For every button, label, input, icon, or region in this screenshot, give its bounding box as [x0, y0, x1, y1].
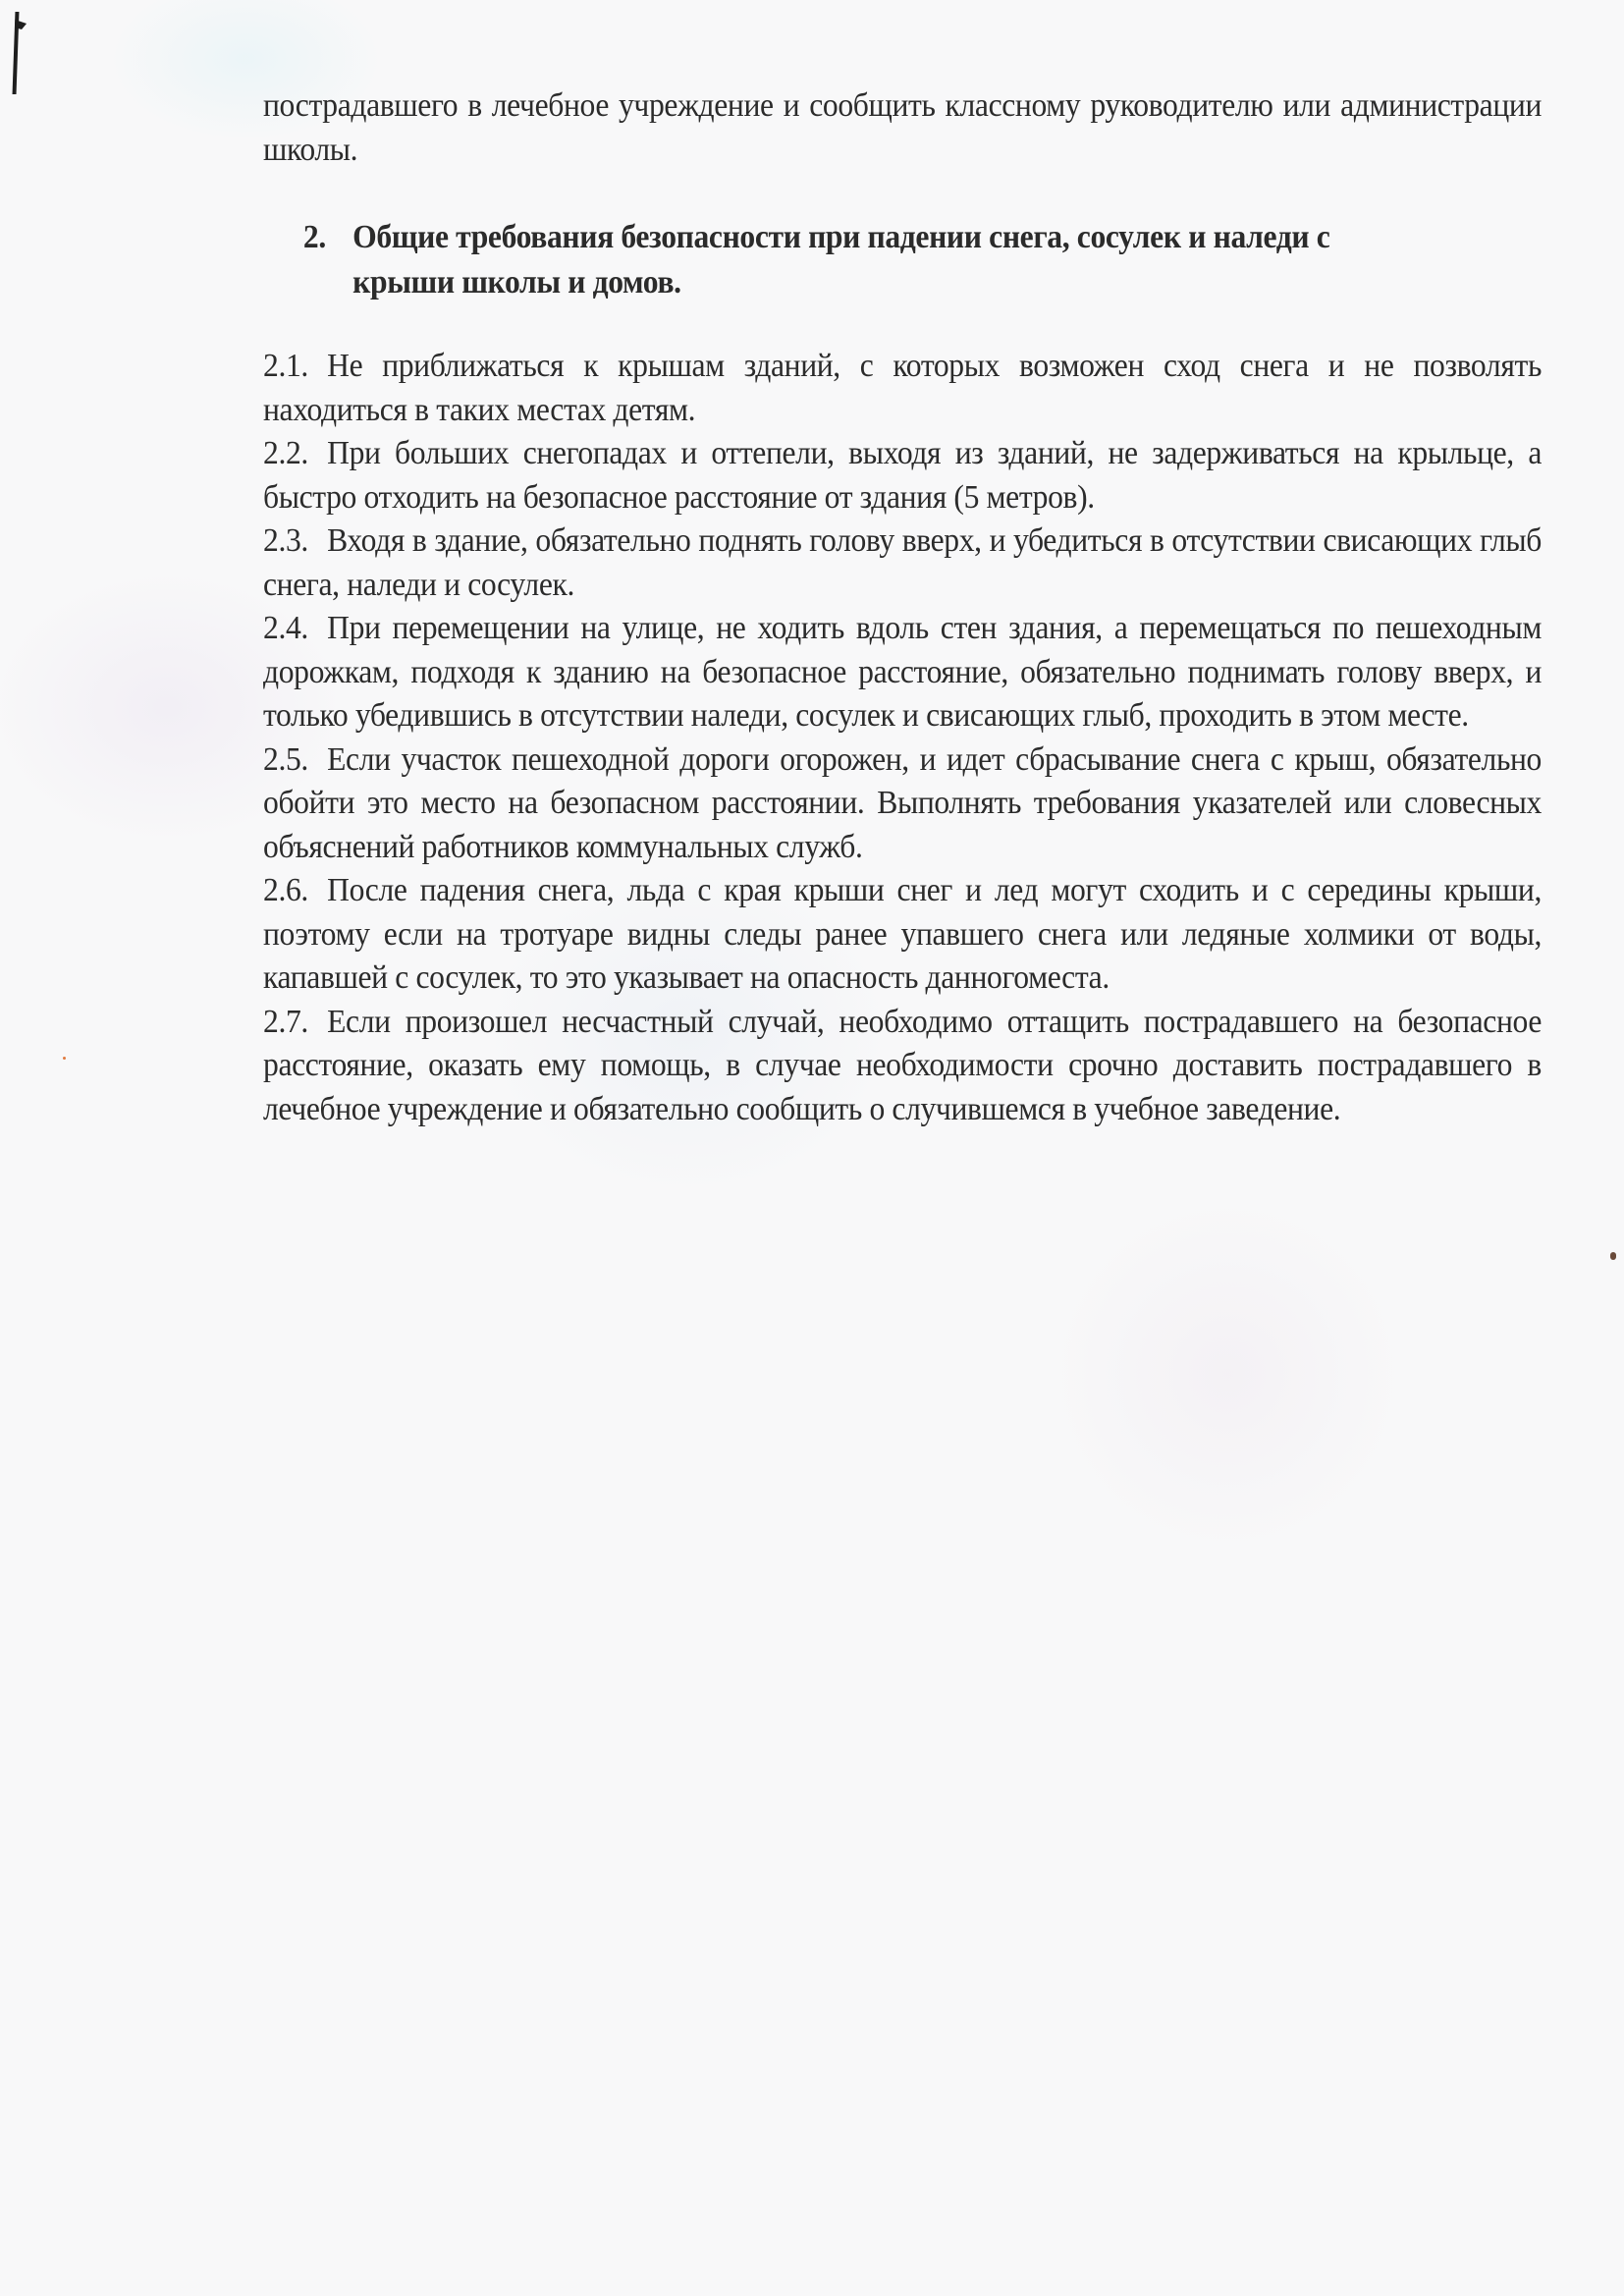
document-body: пострадавшего в лечебное учреждение и со…	[263, 84, 1542, 1131]
list-item: 2.6.После падения снега, льда с края кры…	[263, 869, 1542, 1001]
pen-mark	[13, 12, 20, 94]
list-item: 2.3.Входя в здание, обязательно поднять …	[263, 519, 1542, 607]
list-item: 2.1.Не приближаться к крышам зданий, с к…	[263, 345, 1542, 432]
list-item: 2.7.Если произошел несчастный случай, не…	[263, 1001, 1542, 1132]
item-text: Если участок пешеходной дороги огорожен,…	[263, 741, 1542, 865]
list-item: 2.5.Если участок пешеходной дороги огоро…	[263, 738, 1542, 870]
list-item: 2.2.При больших снегопадах и оттепели, в…	[263, 432, 1542, 519]
item-number: 2.5.	[263, 738, 327, 783]
scan-speck	[1610, 1252, 1616, 1260]
item-text: Если произошел несчастный случай, необхо…	[263, 1004, 1542, 1127]
intro-paragraph: пострадавшего в лечебное учреждение и со…	[263, 84, 1542, 172]
item-number: 2.6.	[263, 869, 327, 913]
item-text: Не приближаться к крышам зданий, с котор…	[263, 348, 1542, 428]
item-number: 2.3.	[263, 519, 327, 564]
scan-speck	[63, 1057, 66, 1060]
item-number: 2.7.	[263, 1001, 327, 1045]
item-number: 2.2.	[263, 432, 327, 476]
item-text: После падения снега, льда с края крыши с…	[263, 872, 1542, 996]
section-title: Общие требования безопасности при падени…	[352, 215, 1338, 305]
item-text: При больших снегопадах и оттепели, выход…	[263, 435, 1542, 516]
item-text: Входя в здание, обязательно поднять голо…	[263, 522, 1542, 603]
item-text: При перемещении на улице, не ходить вдол…	[263, 610, 1542, 734]
item-number: 2.1.	[263, 345, 327, 389]
section-heading: 2. Общие требования безопасности при пад…	[303, 215, 1542, 305]
list-item: 2.4.При перемещении на улице, не ходить …	[263, 607, 1542, 738]
scanned-page: пострадавшего в лечебное учреждение и со…	[0, 0, 1624, 2296]
item-number: 2.4.	[263, 607, 327, 651]
section-number: 2.	[303, 215, 352, 305]
